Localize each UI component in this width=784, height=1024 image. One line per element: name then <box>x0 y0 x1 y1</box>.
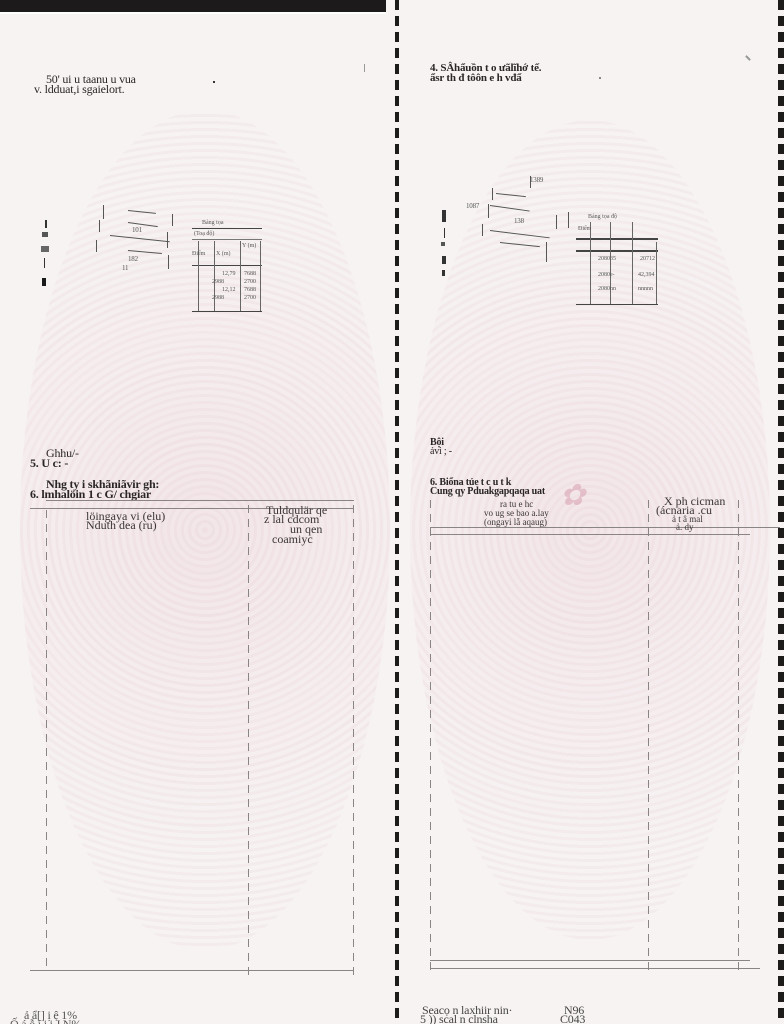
coord-cell: 42,394 <box>638 272 655 278</box>
coord-cell: 2080e- <box>598 272 615 278</box>
right-section-5-line-2: ảvi ; - <box>430 446 452 457</box>
coord-cell: 7688 <box>244 287 256 293</box>
right-edge-perforation <box>778 0 784 1024</box>
coord-table-subtitle: (Toạ độ) <box>194 231 214 237</box>
coord-cell: 2988 <box>212 295 224 301</box>
left-section-6-line-2: 6. lmhalöin 1 c G/ chgiar <box>30 489 151 500</box>
coord-header-y: Y (m) <box>242 243 256 249</box>
ledger-header-authority-line-4: coamiyc <box>272 534 313 545</box>
plot-label: 138 <box>514 217 524 225</box>
coord-header-point: Điểm <box>578 226 591 232</box>
plot-label: 101 <box>132 226 142 234</box>
coord-cell: nnnnn <box>638 286 653 292</box>
page-spine-perforation <box>395 0 399 1024</box>
scan-speck <box>745 55 751 61</box>
coord-cell: 2080nn <box>598 286 616 292</box>
right-section-6-line-2: Cung qy Pduakgapqaqa uat <box>430 486 545 497</box>
plot-label: 11 <box>122 264 128 272</box>
left-section-5-line-2: 5. U c: - <box>30 458 68 469</box>
ledger-header-authority-line-4: ả. dy <box>676 522 694 533</box>
ledger-header-content-line-3: (ongayi lẵ aqaug) <box>484 517 547 528</box>
coord-table-title: Bảng tọa độ <box>588 214 617 220</box>
plot-label: 182 <box>128 255 138 263</box>
left-coordinate-table: Bảng tọa (Toạ độ) Điểm X (m) Y (m) 12,79… <box>192 228 262 312</box>
left-footer-line-2: Ố á ỗ í i ị J N% <box>10 1019 81 1024</box>
scan-speck <box>364 64 365 72</box>
coord-cell: 20712 <box>640 256 655 262</box>
coord-cell: 12,12 <box>222 287 236 293</box>
right-heading-line-2: ẩsr th đ tôôn e h vđẩ <box>430 73 522 84</box>
right-footer-reference-2: C043 <box>560 1014 585 1024</box>
coord-table-title: Bảng tọa <box>202 220 224 226</box>
scan-speck <box>213 81 215 83</box>
plot-label: 1389 <box>530 176 543 184</box>
coord-header-x: X (m) <box>216 251 231 257</box>
right-footer-line-2: 5 )) scal n clnsha <box>420 1014 498 1024</box>
right-coordinate-table: Bảng tọa độ Điểm 208035 20712 2080e- 42,… <box>576 222 658 305</box>
red-seal-stamp: ✿ <box>560 478 585 513</box>
left-heading-line-2: v. ldduat,i sgaielort. <box>34 84 124 95</box>
plot-label: 1087 <box>466 202 479 210</box>
ledger-header-content-line-2: Nduth dea (ru) <box>86 520 157 531</box>
coord-cell: 2700 <box>244 279 256 285</box>
coord-cell: 7688 <box>244 271 256 277</box>
coord-cell: 2988 <box>212 279 224 285</box>
scan-top-edge-highlight <box>0 12 386 14</box>
scan-speck <box>599 77 601 79</box>
coord-cell: 12,79 <box>222 271 236 277</box>
coord-cell: 208035 <box>598 256 616 262</box>
coord-cell: 2700 <box>244 295 256 301</box>
coord-header-point: Điểm <box>192 251 205 257</box>
scan-top-edge <box>0 0 386 12</box>
